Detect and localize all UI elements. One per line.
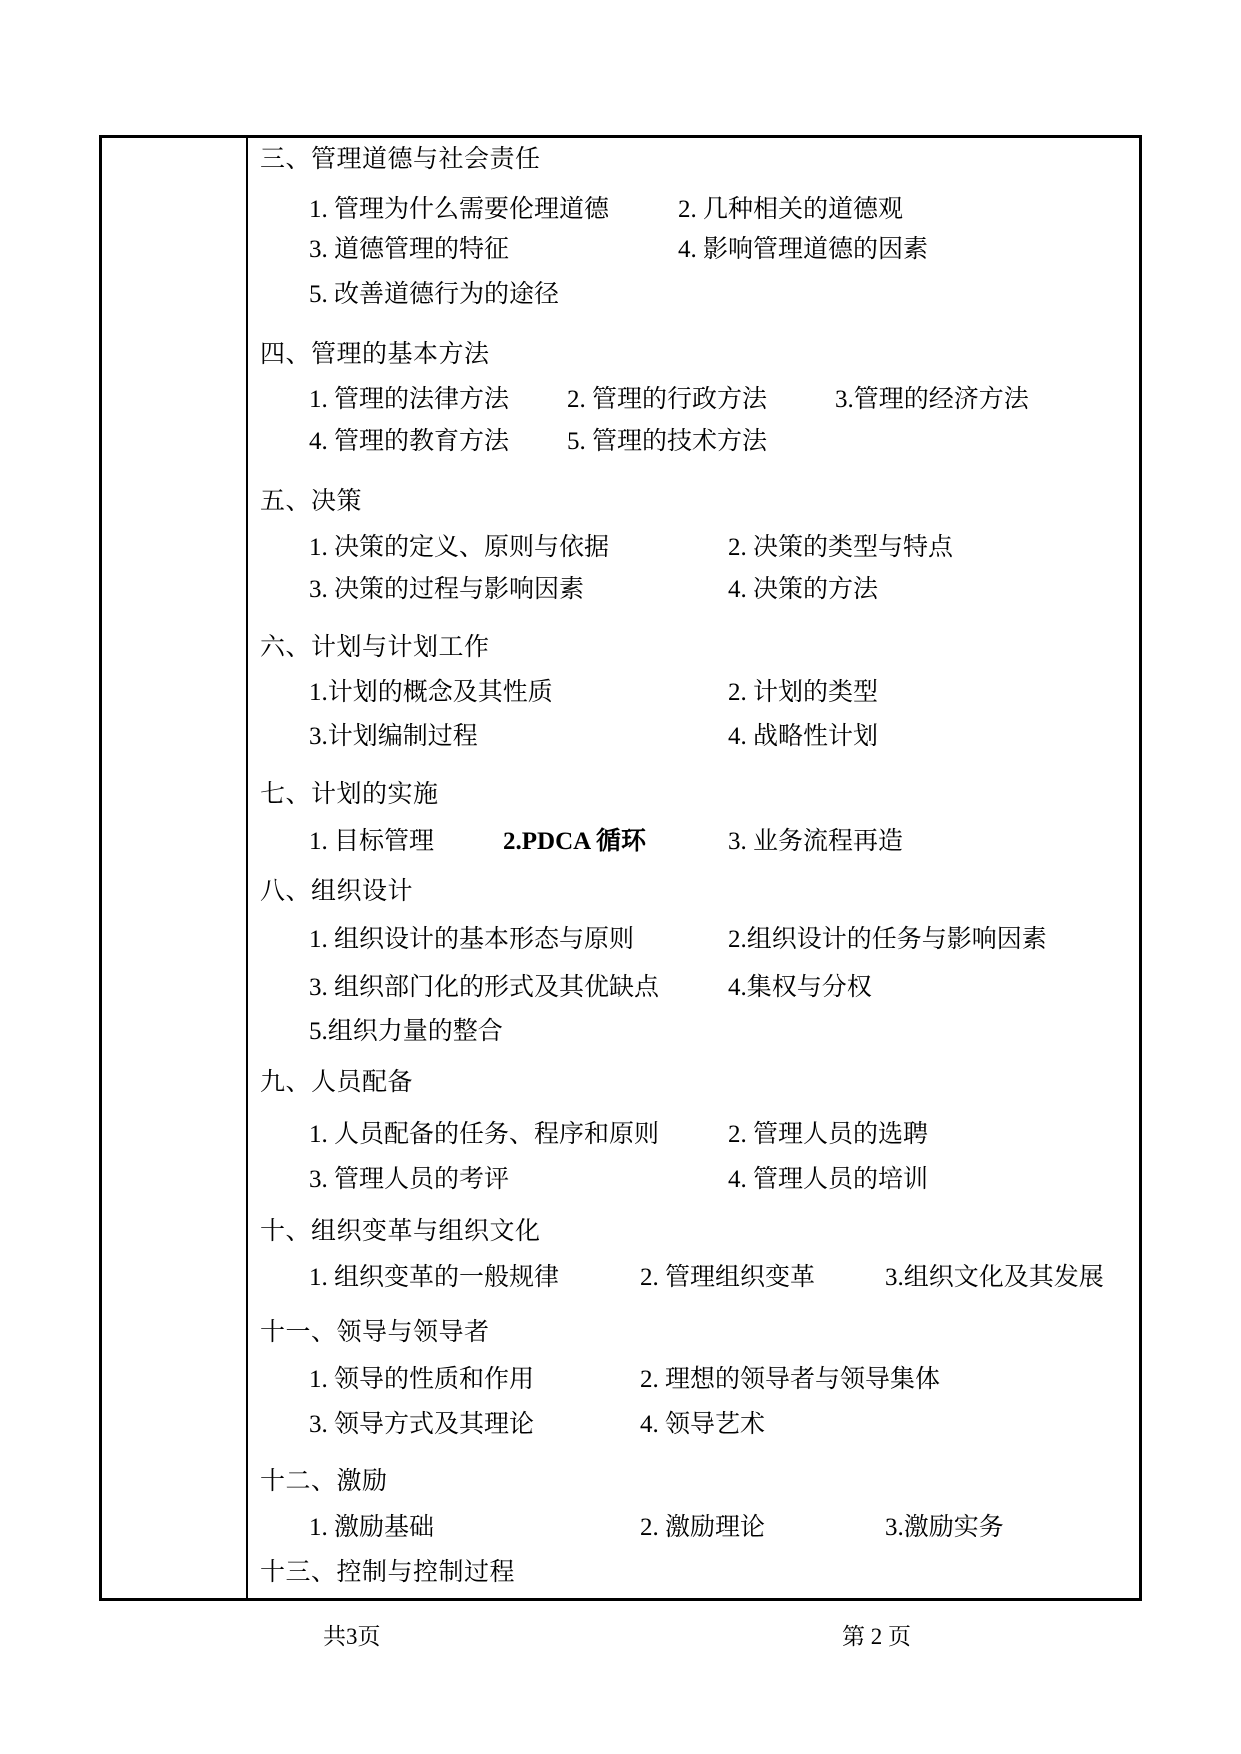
topic-item: 2. 管理人员的选聘 [728, 1120, 928, 1150]
topic-item: 5. 管理的技术方法 [567, 427, 767, 457]
topic-item: 1. 领导的性质和作用 [309, 1365, 534, 1395]
topic-item: 2. 管理组织变革 [640, 1263, 815, 1293]
topic-item: 1. 组织变革的一般规律 [309, 1263, 559, 1293]
section-heading: 十一、领导与领导者 [260, 1318, 490, 1348]
section-heading: 四、管理的基本方法 [260, 340, 490, 370]
topic-item: 3. 管理人员的考评 [309, 1165, 509, 1195]
topic-item: 3.组织文化及其发展 [885, 1263, 1104, 1293]
topic-item: 3. 道德管理的特征 [309, 235, 509, 265]
syllabus-table [99, 135, 1142, 1601]
topic-item: 5.组织力量的整合 [309, 1017, 503, 1047]
topic-item: 2. 管理的行政方法 [567, 385, 767, 415]
column-divider [246, 135, 248, 1601]
topic-item: 1. 管理的法律方法 [309, 385, 509, 415]
topic-item: 2.组织设计的任务与影响因素 [728, 925, 1047, 955]
topic-item: 4. 影响管理道德的因素 [678, 235, 928, 265]
total-pages-label: 共3页 [323, 1622, 381, 1652]
topic-item: 4. 管理的教育方法 [309, 427, 509, 457]
topic-item: 3. 领导方式及其理论 [309, 1410, 534, 1440]
section-heading: 七、计划的实施 [260, 780, 439, 810]
topic-item: 1. 激励基础 [309, 1513, 434, 1543]
topic-item: 1. 组织设计的基本形态与原则 [309, 925, 634, 955]
topic-item: 3.计划编制过程 [309, 722, 478, 752]
topic-item: 3. 业务流程再造 [728, 827, 903, 857]
topic-item: 2.PDCA 循环 [503, 827, 646, 857]
section-heading: 十三、控制与控制过程 [260, 1558, 515, 1588]
topic-item: 4. 管理人员的培训 [728, 1165, 928, 1195]
section-heading: 六、计划与计划工作 [260, 633, 490, 663]
section-heading: 八、组织设计 [260, 877, 413, 907]
topic-item: 1. 决策的定义、原则与依据 [309, 533, 609, 563]
topic-item: 3.激励实务 [885, 1513, 1004, 1543]
section-heading: 五、决策 [260, 487, 362, 517]
topic-item: 1.计划的概念及其性质 [309, 678, 553, 708]
topic-item: 2. 理想的领导者与领导集体 [640, 1365, 940, 1395]
topic-item: 2. 计划的类型 [728, 678, 878, 708]
topic-item: 3. 组织部门化的形式及其优缺点 [309, 973, 659, 1003]
current-page-label: 第 2 页 [842, 1622, 911, 1652]
topic-item: 2. 激励理论 [640, 1513, 765, 1543]
topic-item: 3.管理的经济方法 [835, 385, 1029, 415]
topic-item: 4. 战略性计划 [728, 722, 878, 752]
section-heading: 十、组织变革与组织文化 [260, 1217, 541, 1247]
section-heading: 三、管理道德与社会责任 [260, 145, 541, 175]
topic-item: 2. 几种相关的道德观 [678, 195, 903, 225]
section-heading: 十二、激励 [260, 1467, 388, 1497]
topic-item: 1. 目标管理 [309, 827, 434, 857]
topic-item: 4. 决策的方法 [728, 575, 878, 605]
topic-item: 2. 决策的类型与特点 [728, 533, 953, 563]
section-heading: 九、人员配备 [260, 1068, 413, 1098]
topic-item: 4.集权与分权 [728, 973, 872, 1003]
topic-item: 1. 管理为什么需要伦理道德 [309, 195, 609, 225]
topic-item: 5. 改善道德行为的途径 [309, 280, 559, 310]
topic-item: 3. 决策的过程与影响因素 [309, 575, 584, 605]
topic-item: 4. 领导艺术 [640, 1410, 765, 1440]
topic-item: 1. 人员配备的任务、程序和原则 [309, 1120, 659, 1150]
table-label-cell [99, 135, 247, 1601]
